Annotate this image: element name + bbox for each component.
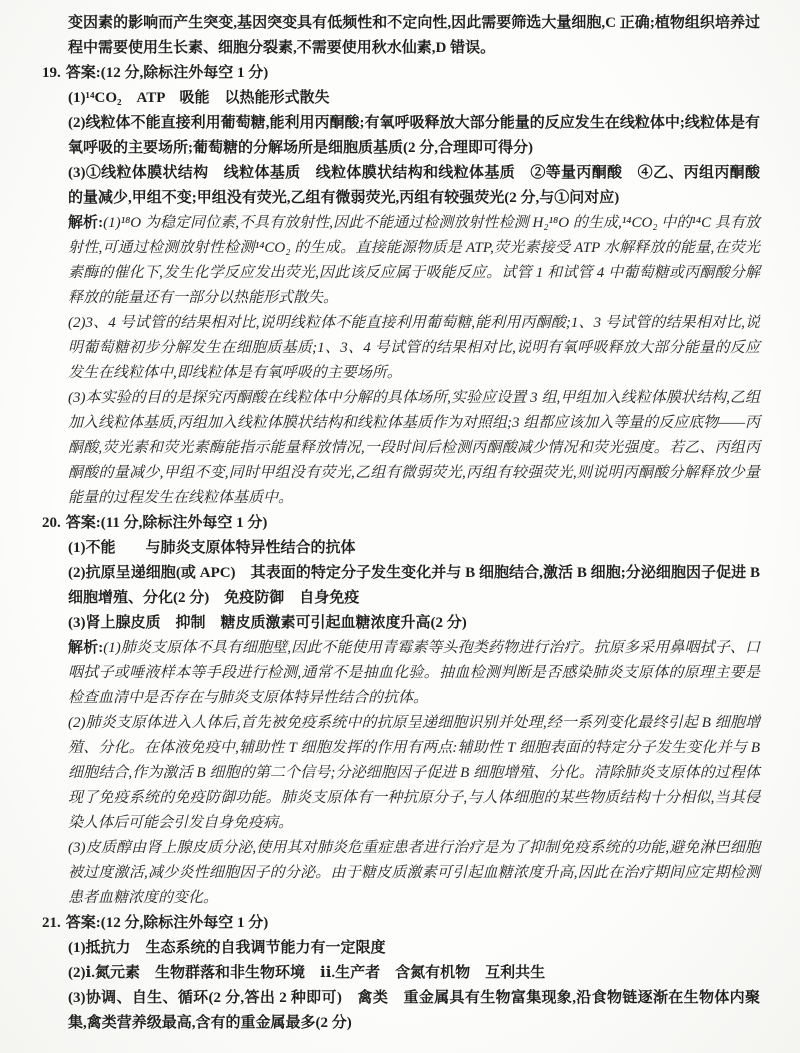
analysis-paragraph: (3)本实验的目的是探究丙酮酸在线粒体中分解的具体场所,实验应设置 3 组,甲组…	[68, 386, 760, 511]
score-note: (12 分,除标注外每空 1 分)	[101, 65, 269, 81]
answer-line: (2)抗原呈递细胞(或 APC) 其表面的特定分子发生变化并与 B 细胞结合,激…	[68, 561, 760, 611]
question-21-number: 21.	[42, 915, 66, 931]
answer-label: 答案:	[66, 915, 101, 931]
question-19-number: 19.	[42, 65, 66, 81]
continued-explanation-paragraph: 变因素的影响而产生突变,基因突变具有低频性和不定向性,因此需要筛选大量细胞,C …	[68, 11, 760, 61]
question-20-block: 20.答案:(11 分,除标注外每空 1 分) (1)不能 与肺炎支原体特异性结…	[68, 511, 760, 911]
score-note: (11 分,除标注外每空 1 分)	[101, 515, 268, 531]
answer-line: (2)ⅰ.氮元素 生物群落和非生物环境 ⅱ.生产者 含氮有机物 互利共生	[68, 961, 760, 986]
analysis-text: (1)¹⁸O 为稳定同位素,不具有放射性,因此不能通过检测放射性检测 H₂¹⁸O…	[68, 215, 760, 306]
analysis-paragraph: (2)肺炎支原体进入人体后,首先被免疫系统中的抗原呈递细胞识别并处理,经一系列变…	[68, 711, 760, 836]
answer-line: (2)线粒体不能直接利用葡萄糖,能利用丙酮酸;有氧呼吸释放大部分能量的反应发生在…	[68, 111, 760, 161]
analysis-text: (1)肺炎支原体不具有细胞壁,因此不能使用青霉素等头孢类药物进行治疗。抗原多采用…	[68, 640, 760, 706]
answer-label: 答案:	[66, 65, 101, 81]
answer-line: (1)不能 与肺炎支原体特异性结合的抗体	[68, 536, 760, 561]
question-20-number: 20.	[42, 515, 66, 531]
question-21-header: 21.答案:(12 分,除标注外每空 1 分)	[42, 911, 760, 936]
answer-line: (3)①线粒体膜状结构 线粒体基质 线粒体膜状结构和线粒体基质 ②等量丙酮酸 ④…	[68, 161, 760, 211]
answer-line: (3)肾上腺皮质 抑制 糖皮质激素可引起血糖浓度升高(2 分)	[68, 611, 760, 636]
analysis-label: 解析:	[68, 640, 103, 656]
answer-line: (1)抵抗力 生态系统的自我调节能力有一定限度	[68, 936, 760, 961]
answer-label: 答案:	[66, 515, 101, 531]
answer-line: (1)¹⁴CO₂ ATP 吸能 以热能形式散失	[68, 86, 760, 111]
score-note: (12 分,除标注外每空 1 分)	[101, 915, 269, 931]
question-21-block: 21.答案:(12 分,除标注外每空 1 分) (1)抵抗力 生态系统的自我调节…	[68, 911, 760, 1036]
analysis-paragraph: (3)皮质醇由肾上腺皮质分泌,使用其对肺炎危重症患者进行治疗是为了抑制免疫系统的…	[68, 836, 760, 911]
question-20-header: 20.答案:(11 分,除标注外每空 1 分)	[42, 511, 760, 536]
analysis-label: 解析:	[68, 215, 103, 231]
analysis-paragraph: (2)3、4 号试管的结果相对比,说明线粒体不能直接利用葡萄糖,能利用丙酮酸;1…	[68, 311, 760, 386]
answer-sheet-page: 变因素的影响而产生突变,基因突变具有低频性和不定向性,因此需要筛选大量细胞,C …	[0, 0, 800, 1053]
analysis-paragraph: 解析:(1)肺炎支原体不具有细胞壁,因此不能使用青霉素等头孢类药物进行治疗。抗原…	[68, 636, 760, 711]
analysis-paragraph: 解析:(1)¹⁸O 为稳定同位素,不具有放射性,因此不能通过检测放射性检测 H₂…	[68, 211, 760, 311]
answer-line: (3)协调、自生、循环(2 分,答出 2 种即可) 禽类 重金属具有生物富集现象…	[68, 986, 760, 1036]
question-19-header: 19.答案:(12 分,除标注外每空 1 分)	[42, 61, 760, 86]
question-19-block: 19.答案:(12 分,除标注外每空 1 分) (1)¹⁴CO₂ ATP 吸能 …	[68, 61, 760, 511]
